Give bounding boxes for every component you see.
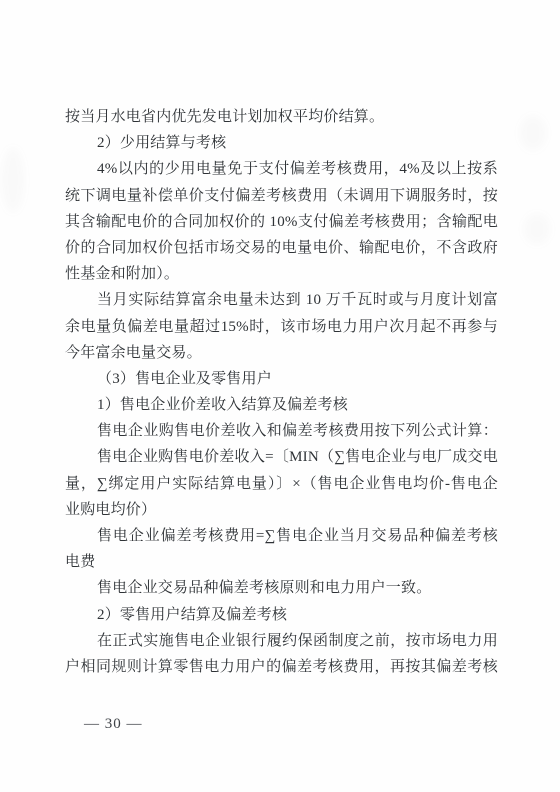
text-line: 性基金和附加）。	[65, 261, 498, 287]
text-line: 量，∑绑定用户实际结算电量）〕×（售电企业售电均价-售电企	[65, 471, 498, 497]
scan-smudge	[524, 214, 550, 244]
text-line: 售电企业购售电价差收入和偏差考核费用按下列公式计算：	[65, 418, 498, 444]
text-line: 当月实际结算富余电量未达到 10 万千瓦时或与月度计划富	[65, 287, 498, 313]
text-line: 其含输配电价的合同加权价的 10%支付偏差考核费用；含输配电	[65, 209, 498, 235]
text-line: 4%以内的少用电量免于支付偏差考核费用，4%及以上按系	[65, 156, 498, 182]
text-line: 售电企业购售电价差收入=〔MIN（∑售电企业与电厂成交电	[65, 444, 498, 470]
text-line: 2）少用结算与考核	[65, 130, 498, 156]
text-line: 售电企业偏差考核费用=∑售电企业当月交易品种偏差考核	[65, 523, 498, 549]
text-line: 售电企业交易品种偏差考核原则和电力用户一致。	[65, 575, 498, 601]
body-text: 按当月水电省内优先发电计划加权平均价结算。2）少用结算与考核4%以内的少用电量免…	[65, 104, 498, 680]
text-line: 余电量负偏差电量超过15%时，该市场电力用户次月起不再参与	[65, 314, 498, 340]
text-line: 在正式实施售电企业银行履约保函制度之前，按市场电力用	[65, 628, 498, 654]
text-line: （3）售电企业及零售用户	[65, 366, 498, 392]
text-line: 今年富余电量交易。	[65, 340, 498, 366]
text-line: 价的合同加权价包括市场交易的电量电价、输配电价，不含政府	[65, 235, 498, 261]
text-line: 业购电均价）	[65, 497, 498, 523]
text-line: 户相同规则计算零售电力用户的偏差考核费用，再按其偏差考核	[65, 654, 498, 680]
text-line: 统下调电量补偿单价支付偏差考核费用（未调用下调服务时，按	[65, 183, 498, 209]
document-page: 按当月水电省内优先发电计划加权平均价结算。2）少用结算与考核4%以内的少用电量免…	[0, 0, 560, 792]
text-line: 电费	[65, 549, 498, 575]
scan-smudge	[2, 148, 24, 212]
page-number: — 30 —	[84, 711, 143, 737]
text-line: 1）售电企业价差收入结算及偏差考核	[65, 392, 498, 418]
text-line: 2）零售用户结算及偏差考核	[65, 602, 498, 628]
text-line: 按当月水电省内优先发电计划加权平均价结算。	[65, 104, 498, 130]
scan-smudge	[520, 116, 546, 150]
